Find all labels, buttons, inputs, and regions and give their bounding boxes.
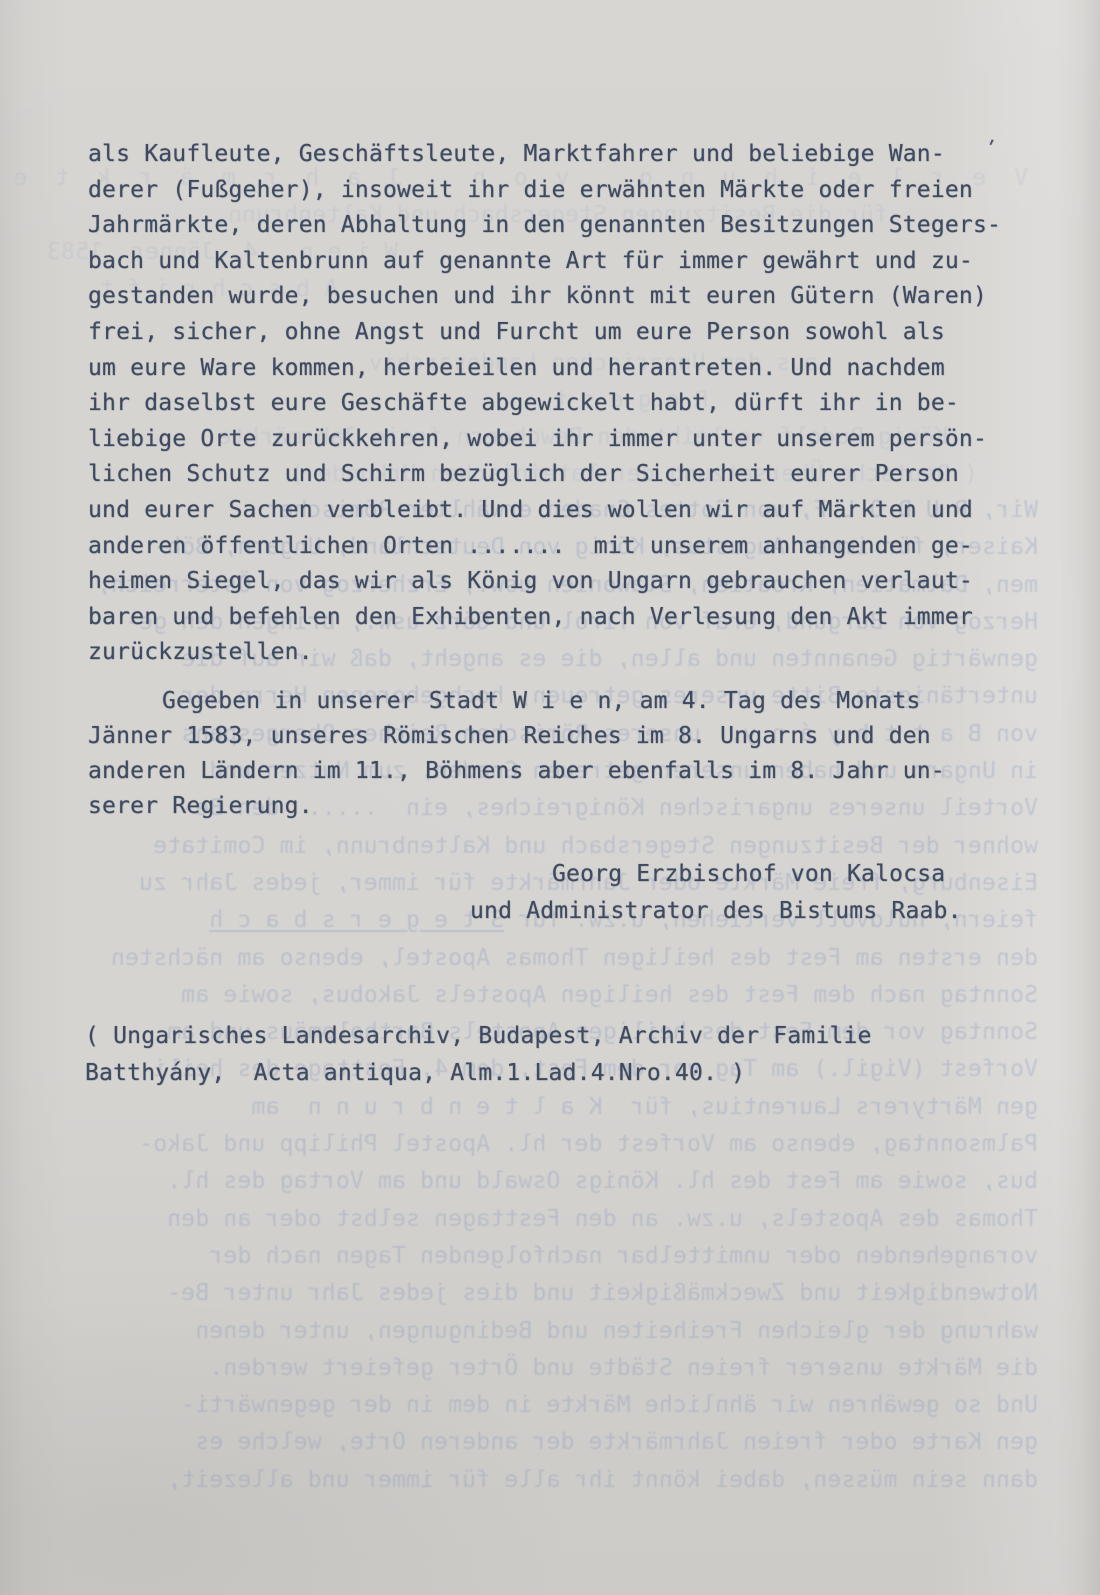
bleedthrough-line: Sonntag nach dem Fest des heiligen Apost… (62, 977, 1038, 1014)
citation-line: ( Ungarisches Landesarchiv, Budapest, Ar… (85, 1018, 872, 1055)
body-text-line: und eurer Sachen verbleibt. Und dies wol… (88, 493, 1001, 529)
bleedthrough-line: Palmsonntag, ebenso am Vorfest der hl. A… (62, 1126, 1038, 1163)
document-page: V e r l e i h u n g v o n J a h r m ä r … (0, 0, 1100, 1595)
body-text-line: anderen öffentlichen Orten ....... mit u… (88, 529, 1001, 565)
body-text-line: lichen Schutz und Schirm bezüglich der S… (88, 457, 1001, 493)
bleedthrough-line: vorangehenden oder unmittelbar nachfolge… (62, 1238, 1038, 1275)
bleedthrough-line: bus, sowie am Fest des hl. Königs Oswald… (62, 1163, 1038, 1200)
body-text-line: gestanden wurde, besuchen und ihr könnt … (88, 279, 1001, 315)
body-text-line: zurückzustellen. (88, 635, 1001, 671)
body-text-line: um eure Ware kommen, herbeieilen und her… (88, 351, 1001, 387)
body-text-line: frei, sicher, ohne Angst und Furcht um e… (88, 315, 1001, 351)
bleedthrough-line: Thomas des Apostels, u.zw. an den Festta… (62, 1201, 1038, 1238)
signature-block: Georg Erzbischof von Kalocsaund Administ… (0, 856, 962, 930)
body-paragraph-dating-clause: Gegeben in unserer Stadt W i e n, am 4. … (88, 684, 945, 824)
body-text-line: liebige Orte zurückkehren, wobei ihr imm… (88, 422, 1001, 458)
body-text-line: als Kaufleute, Geschäftsleute, Marktfahr… (88, 137, 1001, 173)
bleedthrough-line: Notwendigkeit und Zweckmäßigkeit und die… (62, 1275, 1038, 1312)
bleedthrough-line: dann sein müssen, dabei könnt ihr alle f… (62, 1462, 1038, 1499)
archive-citation: ( Ungarisches Landesarchiv, Budapest, Ar… (85, 1018, 872, 1092)
bleedthrough-line: den ersten am Fest des heiligen Thomas A… (62, 940, 1038, 977)
body-text-line: bach und Kaltenbrunn auf genannte Art fü… (88, 244, 1001, 280)
body-text-line: Jahrmärkte, deren Abhaltung in den genan… (88, 208, 1001, 244)
citation-line: Batthyány, Acta antiqua, Alm.1.Lad.4.Nro… (85, 1055, 872, 1092)
body-text-line: Gegeben in unserer Stadt W i e n, am 4. … (88, 684, 945, 719)
body-text-line: Jänner 1583, unseres Römischen Reiches i… (88, 719, 945, 754)
bleedthrough-line: gen Karte oder freien Jahrmärkte der and… (62, 1424, 1038, 1461)
body-text-line: heimen Siegel, das wir als König von Ung… (88, 564, 1001, 600)
body-text-line: ihr daselbst eure Geschäfte abgewickelt … (88, 386, 1001, 422)
body-text-line: derer (Fußgeher), insoweit ihr die erwäh… (88, 173, 1001, 209)
bleedthrough-line: die Märkte unserer freien Städte und Ört… (62, 1350, 1038, 1387)
body-text-line: anderen Ländern im 11., Böhmens aber ebe… (88, 754, 945, 789)
body-text-line: baren und befehlen den Exhibenten, nach … (88, 600, 1001, 636)
bleedthrough-line: gen Märtyrers Laurentius, für K a l t e … (62, 1089, 1038, 1126)
body-text-line: serer Regierung. (88, 789, 945, 824)
bleedthrough-line: Und so gewähren wir ähnliche Märkte in d… (62, 1387, 1038, 1424)
signature-line: Georg Erzbischof von Kalocsa (0, 856, 962, 893)
body-paragraph-privileges: als Kaufleute, Geschäftsleute, Marktfahr… (88, 137, 1001, 671)
bleedthrough-line: wahrung der gleichen Freiheiten und Bedi… (62, 1313, 1038, 1350)
signature-line: und Administrator des Bistums Raab. (0, 893, 962, 930)
